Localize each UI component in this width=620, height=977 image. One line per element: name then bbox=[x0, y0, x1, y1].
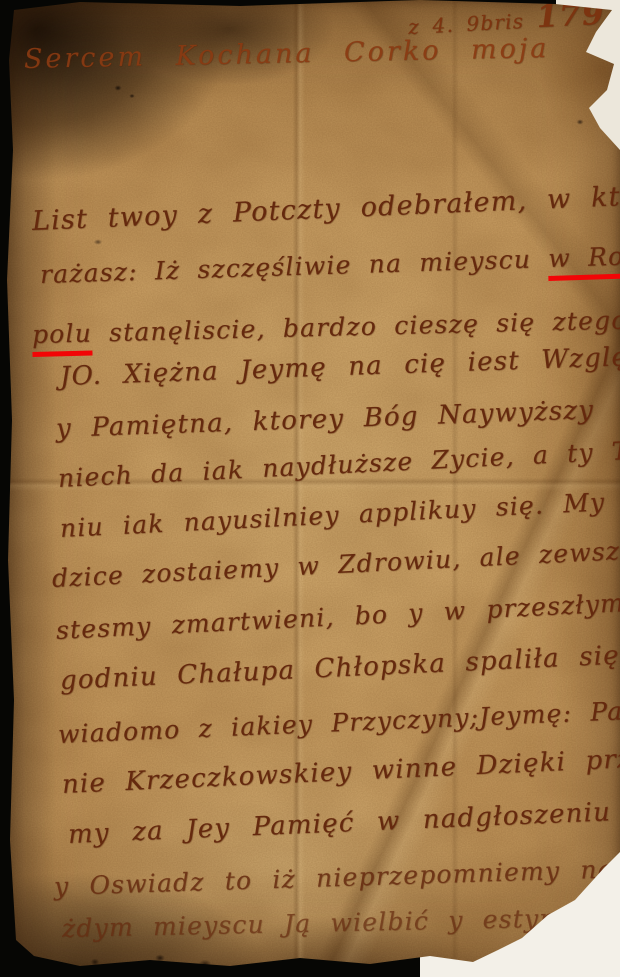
letter-line-09: stesmy zmartwieni, bo y w przeszłym Ty bbox=[55, 586, 620, 645]
letter-line-04: JO. Xiężna Jeymę na cię iest Względna bbox=[59, 340, 620, 392]
letter-line-11-right: Jeymę: Pan bbox=[479, 696, 620, 732]
letter-line-06: niech da iak naydłuższe Zycie, a ty Tekl… bbox=[57, 433, 620, 493]
letter-line-02-text: rażasz: Iż szczęśliwie na mieyscu bbox=[40, 245, 532, 289]
letter-line-12: nie Krzeczkowskiey winne Dzięki przesyła bbox=[61, 741, 620, 800]
letter-line-03: polu stanęliscie, bardzo cieszę się zteg… bbox=[32, 304, 620, 349]
letter-line-13: my za Jey Pamięć w nadgłoszeniu się bbox=[67, 795, 620, 850]
letter-line-01: List twoy z Potczty odebrałem, w którym … bbox=[31, 176, 620, 237]
letter-line-14: y Oswiadz to iż nieprzepomniemy na ka: bbox=[54, 852, 620, 901]
letter-line-10: godniu Chałupa Chłopska spaliła się a ni… bbox=[59, 636, 620, 696]
letter-line-11-left: wiadomo z iakiey Przyczyny; bbox=[57, 702, 479, 749]
letter-line-11: wiadomo z iakiey Przyczyny; Jeymę: Pan bbox=[57, 697, 614, 749]
letter-line-02: rażasz: Iż szczęśliwie na mieyscu w Roża… bbox=[40, 240, 620, 289]
letter-line-05: y Pamiętna, ktorey Bóg Naywyższy bbox=[55, 395, 594, 444]
scanned-letter: z 4. 9bris 1793. z Wolki Sercem Kochana … bbox=[0, 0, 620, 977]
letter-line-08: dzice zostaiemy w Zdrowiu, ale zewsząd i… bbox=[51, 532, 620, 593]
salutation-line: Sercem Kochana Corko moja bbox=[24, 33, 550, 75]
letter-paper: z 4. 9bris 1793. z Wolki Sercem Kochana … bbox=[0, 0, 620, 977]
letter-line-07: niu iak nayusilniey applikuy się. My Ro bbox=[59, 485, 620, 543]
red-underline-polu: polu bbox=[32, 319, 93, 357]
red-underline-rozam: w Rożam bbox=[548, 240, 620, 281]
letter-line-03-text: stanęliscie, bardzo cieszę się ztego, że bbox=[109, 304, 620, 347]
